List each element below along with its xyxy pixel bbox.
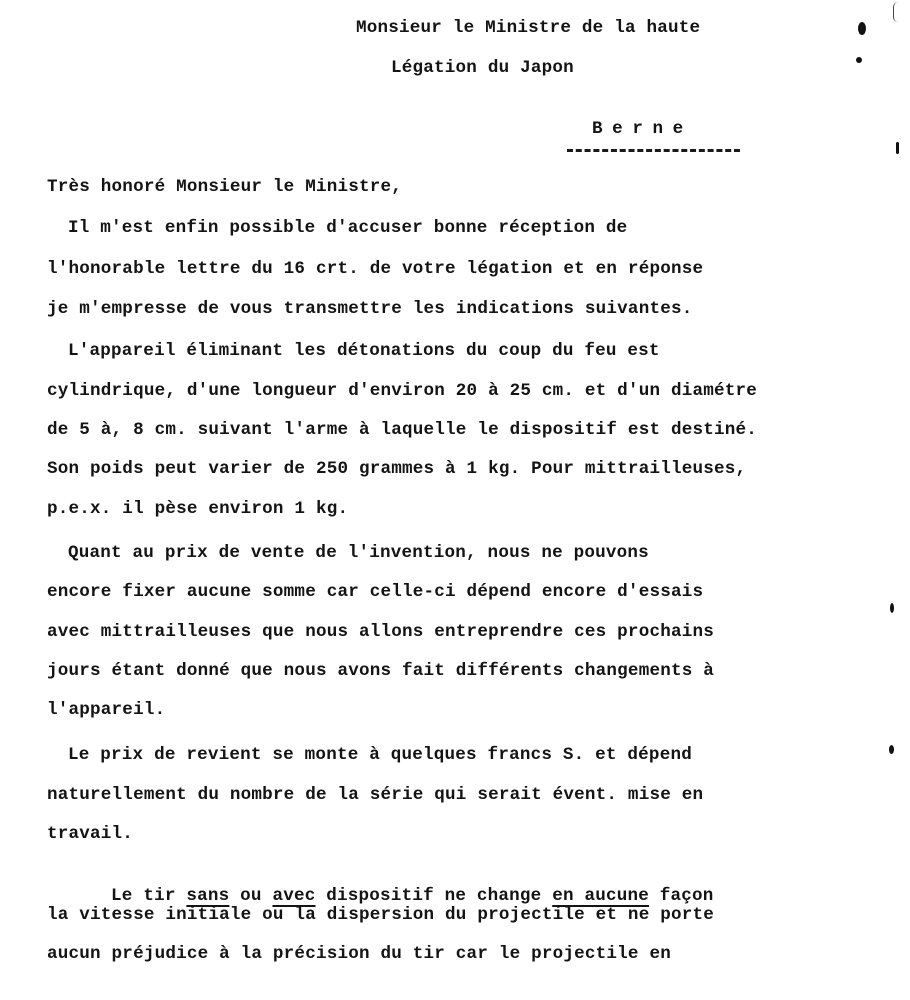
paragraph-1-line-1: Il m'est enfin possible d'accuser bonne … xyxy=(68,217,627,239)
paragraph-3-line-4: jours étant donné que nous avons fait di… xyxy=(47,660,714,682)
paragraph-2-line-4: Son poids peut varier de 250 grammes à 1… xyxy=(47,458,746,480)
paragraph-4-line-2: naturellement du nombre de la série qui … xyxy=(47,784,703,806)
paragraph-1-line-2: l'honorable lettre du 16 crt. de votre l… xyxy=(47,258,703,280)
scan-artifact-mark xyxy=(858,22,866,35)
paragraph-3-line-2: encore fixer aucune somme car celle-ci d… xyxy=(47,581,703,603)
underlined-avec: avec xyxy=(272,886,315,906)
scan-artifact-mark xyxy=(890,603,894,613)
paragraph-5-seg-4: dispositif ne change xyxy=(316,886,553,906)
underlined-en-aucune: en aucune xyxy=(552,886,649,906)
paragraph-1-line-3: je m'empresse de vous transmettre les in… xyxy=(47,298,692,320)
paragraph-5-seg-0: Le tir xyxy=(111,886,186,906)
paragraph-5-seg-6: façon xyxy=(649,886,714,906)
underlined-sans: sans xyxy=(186,886,229,906)
recipient-city: Berne xyxy=(592,118,693,140)
salutation: Très honoré Monsieur le Ministre, xyxy=(47,176,402,198)
paragraph-3-line-3: avec mittrailleuses que nous allons entr… xyxy=(47,621,714,643)
paragraph-5-line-2: la vitesse initiale ou la dispersion du … xyxy=(47,904,714,926)
paragraph-2-line-3: de 5 à, 8 cm. suivant l'arme à laquelle … xyxy=(47,419,757,441)
paragraph-3-line-1: Quant au prix de vente de l'invention, n… xyxy=(68,542,649,564)
recipient-line-2: Légation du Japon xyxy=(391,57,574,79)
paragraph-2-line-5: p.e.x. il pèse environ 1 kg. xyxy=(47,498,348,520)
scan-artifact-mark xyxy=(896,142,899,154)
scan-artifact-mark xyxy=(889,745,894,754)
letter-page: Monsieur le Ministre de la haute Légatio… xyxy=(0,0,910,1000)
scan-artifact-edge xyxy=(893,2,898,22)
recipient-line-1: Monsieur le Ministre de la haute xyxy=(356,17,700,39)
paragraph-4-line-1: Le prix de revient se monte à quelques f… xyxy=(68,744,692,766)
paragraph-2-line-2: cylindrique, d'une longueur d'environ 20… xyxy=(47,380,757,402)
paragraph-5-line-3: aucun préjudice à la précision du tir ca… xyxy=(47,943,671,965)
paragraph-5-seg-2: ou xyxy=(229,886,272,906)
paragraph-2-line-1: L'appareil éliminant les détonations du … xyxy=(68,340,660,362)
paragraph-3-line-5: l'appareil. xyxy=(47,699,165,721)
scan-artifact-mark xyxy=(856,57,862,63)
city-underline-rule xyxy=(567,149,740,152)
paragraph-4-line-3: travail. xyxy=(47,823,133,845)
